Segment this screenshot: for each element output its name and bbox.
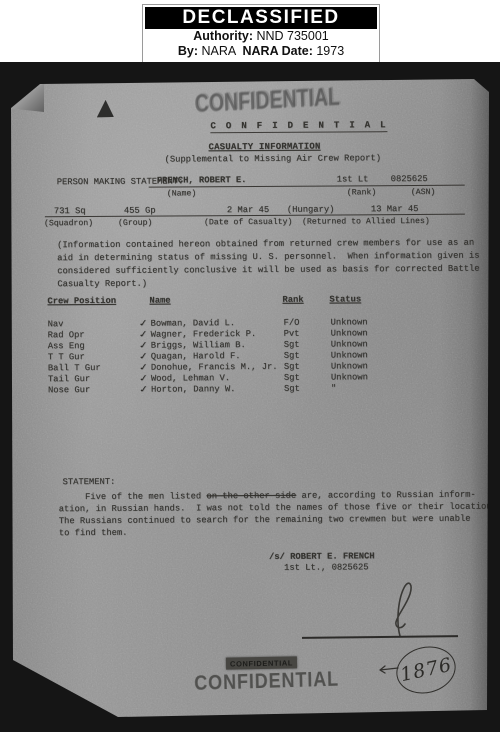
nara-line: By: NARA NARA Date: 1973 [145,44,377,59]
crew-position: Tail Gur [48,374,90,384]
squadron-caption: (Squadron) [44,219,93,228]
checkmark-icon: ✓ [138,318,148,330]
crew-position: Rad Opr [48,330,85,340]
crew-name: Wagner, Frederick P. [151,329,257,340]
document-scan: CONFIDENTIAL C O N F I D E N T I A L CAS… [0,62,500,732]
authority-label: Authority: [193,29,253,43]
casualty-place-value: (Hungary) [287,204,335,214]
document-subtitle: (Supplemental to Missing Air Crew Report… [165,153,382,164]
crew-rank: Sgt [284,340,300,350]
crew-status: Unknown [331,361,368,371]
checkmark-icon: ✓ [138,384,148,396]
group-value: 455 Gp [124,206,156,216]
crew-name: Bowman, David L. [151,318,236,329]
rank-caption: (Rank) [347,188,377,197]
info-note-line: (Information contained hereon obtained f… [57,238,474,251]
casualty-caption: (Date of Casualty) [204,218,293,228]
by-label: By: [178,44,198,58]
document-title: CASUALTY INFORMATION [208,142,320,153]
crew-name: Briggs, William B. [151,340,246,351]
paper: CONFIDENTIAL C O N F I D E N T I A L CAS… [0,62,500,732]
statement-line: The Russians continued to search for the… [59,514,471,527]
crew-status: Unknown [331,328,368,338]
person-name-value: FRENCH, ROBERT E. [157,175,247,186]
crew-rank: Pvt [284,329,300,339]
group-caption: (Group) [118,219,152,228]
crew-status: Unknown [331,339,368,349]
info-note-line: considered sufficiently conclusive it wi… [57,264,479,277]
statement-heading: STATEMENT: [62,477,115,487]
header-crew-position: Crew Position [47,296,116,306]
info-note-line: aid in determining status of missing U. … [57,251,479,264]
crew-status: Unknown [331,372,368,382]
crew-status: " [331,383,336,393]
squadron-value: 731 Sq [54,206,86,216]
crew-position: Ass Eng [48,341,85,351]
statement-line: Five of the men listed on the other side… [59,490,476,503]
declassified-banner: DECLASSIFIED Authority: NND 735001 By: N… [142,4,380,63]
checkmark-icon: ✓ [138,340,148,352]
casualty-date-value: 2 Mar 45 [227,205,269,215]
signature-rank-asn: 1st Lt., 0825625 [284,562,369,573]
classification-line: C O N F I D E N T I A L [210,119,387,133]
statement-text: are, according to Russian inform- [296,490,476,501]
crew-rank: F/O [284,318,300,328]
person-rank-value: 1st Lt [337,174,369,184]
authority-value: NND 735001 [253,29,329,43]
signature-line: /s/ ROBERT E. FRENCH [269,551,375,562]
checkmark-icon: ✓ [138,351,148,363]
info-note-line: Casualty Report.) [57,279,147,290]
statement-line: ation, in Russian hands. I was not told … [59,501,497,514]
nara-date-label: NARA Date: [242,44,312,58]
by-value: NARA [198,44,242,58]
crew-position: Nav [48,319,64,329]
nara-date-value: 1973 [313,44,344,58]
crew-rank: Sgt [284,362,300,372]
returned-date-value: 13 Mar 45 [371,204,419,214]
crew-position: T T Gur [48,352,85,362]
returned-caption: (Returned to Allied Lines) [302,217,430,227]
confidential-stamp-small: CONFIDENTIAL [226,656,297,669]
crew-status: Unknown [331,317,368,327]
crew-rank: Sgt [284,384,300,394]
typed-content: CONFIDENTIAL C O N F I D E N T I A L CAS… [0,60,500,732]
archive-number: 1876 [398,654,454,686]
checkmark-icon: ✓ [138,329,148,341]
crew-position: Ball T Gur [48,363,101,373]
declassified-title: DECLASSIFIED [145,7,377,29]
struck-text: on the other side [206,491,296,502]
crew-status: Unknown [331,350,368,360]
header-rank: Rank [282,295,303,305]
authority-line: Authority: NND 735001 [145,29,377,44]
crew-name: Donohue, Francis M., Jr. [151,362,278,373]
handwritten-flourish [372,578,424,642]
crew-position: Nose Gur [48,385,90,395]
crew-name: Quagan, Harold F. [151,351,241,362]
statement-line: to find them. [59,528,128,538]
confidential-stamp-bottom: CONFIDENTIAL [194,668,339,696]
person-asn-value: 0825625 [391,174,428,184]
asn-caption: (ASN) [411,188,436,197]
statement-text: Five of the men listed [59,491,207,502]
crew-rank: Sgt [284,373,300,383]
declassified-document-page: DECLASSIFIED Authority: NND 735001 By: N… [0,0,500,732]
checkmark-icon: ✓ [138,373,148,385]
crew-name: Horton, Danny W. [151,384,236,395]
name-caption: (Name) [167,189,197,198]
confidential-stamp-top: CONFIDENTIAL [194,84,327,120]
crew-name: Wood, Lehman V. [151,373,230,383]
header-name: Name [149,295,170,305]
header-status: Status [329,294,361,304]
crew-rank: Sgt [284,351,300,361]
checkmark-icon: ✓ [138,362,148,374]
